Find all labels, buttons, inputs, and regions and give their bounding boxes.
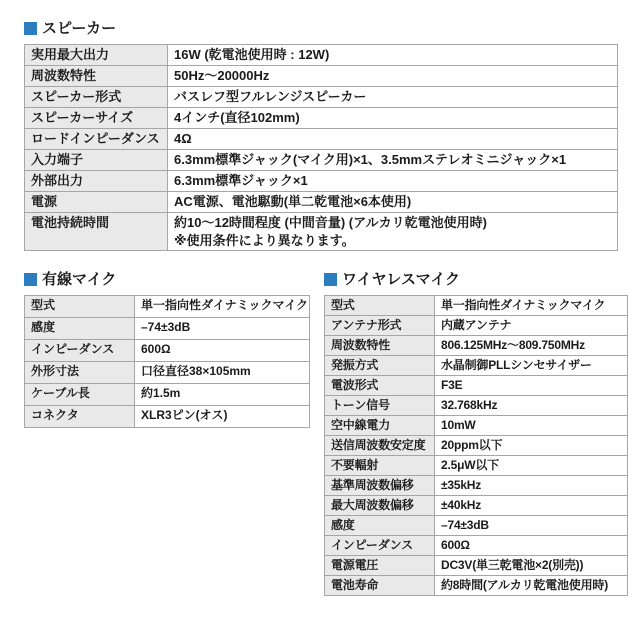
spec-label: スピーカーサイズ [25, 108, 168, 129]
spec-value: 約8時間(アルカリ乾電池使用時) [435, 576, 628, 596]
spec-row: インピーダンス600Ω [25, 340, 310, 362]
spec-value: 2.5μW以下 [435, 456, 628, 476]
spec-value: 単一指向性ダイナミックマイク [135, 296, 310, 318]
spec-label: 発振方式 [325, 356, 435, 376]
spec-label: 電池持続時間 [25, 213, 168, 251]
spec-row: 実用最大出力16W (乾電池使用時 : 12W) [25, 45, 618, 66]
spec-value: ±40kHz [435, 496, 628, 516]
spec-value: 約1.5m [135, 384, 310, 406]
spec-row: 電源AC電源、電池駆動(単二乾電池×6本使用) [25, 192, 618, 213]
spec-label: 空中線電力 [325, 416, 435, 436]
spec-label: 型式 [325, 296, 435, 316]
spec-value: F3E [435, 376, 628, 396]
spec-row: 感度–74±3dB [325, 516, 628, 536]
spec-value: 内蔵アンテナ [435, 316, 628, 336]
spec-label: 電源電圧 [325, 556, 435, 576]
spec-label: 型式 [25, 296, 135, 318]
blue-square-icon [24, 273, 37, 286]
spec-label: 感度 [325, 516, 435, 536]
spec-row: ロードインピーダンス4Ω [25, 129, 618, 150]
spec-label: 最大周波数偏移 [325, 496, 435, 516]
section-header-wireless-mic: ワイヤレスマイク [324, 271, 628, 288]
spec-value: 600Ω [135, 340, 310, 362]
spec-label: スピーカー形式 [25, 87, 168, 108]
spec-value: XLR3ピン(オス) [135, 406, 310, 428]
spec-value: DC3V(単三乾電池×2(別売)) [435, 556, 628, 576]
spec-row: 周波数特性50Hz〜20000Hz [25, 66, 618, 87]
speaker-spec-table: 実用最大出力16W (乾電池使用時 : 12W)周波数特性50Hz〜20000H… [24, 44, 618, 251]
spec-value: 単一指向性ダイナミックマイク [435, 296, 628, 316]
spec-value: バスレフ型フルレンジスピーカー [168, 87, 618, 108]
wired-mic-spec-table: 型式単一指向性ダイナミックマイク感度–74±3dBインピーダンス600Ω外形寸法… [24, 295, 310, 428]
spec-value: 水晶制御PLLシンセサイザー [435, 356, 628, 376]
spec-row: 電源電圧DC3V(単三乾電池×2(別売)) [325, 556, 628, 576]
spec-row: トーン信号32.768kHz [325, 396, 628, 416]
spec-value: 口径直径38×105mm [135, 362, 310, 384]
spec-row: スピーカー形式バスレフ型フルレンジスピーカー [25, 87, 618, 108]
spec-label: ロードインピーダンス [25, 129, 168, 150]
spec-value: –74±3dB [135, 318, 310, 340]
spec-value: 約10〜12時間程度 (中間音量) (アルカリ乾電池使用時) ※使用条件により異… [168, 213, 618, 251]
spec-row: 送信周波数安定度20ppm以下 [325, 436, 628, 456]
spec-row: 基準周波数偏移±35kHz [325, 476, 628, 496]
spec-value: 10mW [435, 416, 628, 436]
spec-value: AC電源、電池駆動(単二乾電池×6本使用) [168, 192, 618, 213]
spec-value: 6.3mm標準ジャック×1 [168, 171, 618, 192]
spec-row: 電波形式F3E [325, 376, 628, 396]
section-header-wired-mic: 有線マイク [24, 271, 310, 288]
spec-label: 周波数特性 [325, 336, 435, 356]
spec-row: ケーブル長約1.5m [25, 384, 310, 406]
spec-label: 電池寿命 [325, 576, 435, 596]
spec-label: コネクタ [25, 406, 135, 428]
spec-label: トーン信号 [325, 396, 435, 416]
wireless-mic-spec-table: 型式単一指向性ダイナミックマイクアンテナ形式内蔵アンテナ周波数特性806.125… [324, 295, 628, 596]
spec-row: 発振方式水晶制御PLLシンセサイザー [325, 356, 628, 376]
spec-value: 16W (乾電池使用時 : 12W) [168, 45, 618, 66]
spec-value: 600Ω [435, 536, 628, 556]
section-wireless-mic: ワイヤレスマイク 型式単一指向性ダイナミックマイクアンテナ形式内蔵アンテナ周波数… [324, 271, 628, 596]
section-speaker: スピーカー 実用最大出力16W (乾電池使用時 : 12W)周波数特性50Hz〜… [24, 20, 618, 251]
spec-label: 電源 [25, 192, 168, 213]
spec-value: 4Ω [168, 129, 618, 150]
spec-label: 基準周波数偏移 [325, 476, 435, 496]
spec-row: インピーダンス600Ω [325, 536, 628, 556]
spec-value: 50Hz〜20000Hz [168, 66, 618, 87]
spec-row: 不要輻射2.5μW以下 [325, 456, 628, 476]
spec-row: アンテナ形式内蔵アンテナ [325, 316, 628, 336]
blue-square-icon [24, 22, 37, 35]
spec-row: 入力端子6.3mm標準ジャック(マイク用)×1、3.5mmステレオミニジャック×… [25, 150, 618, 171]
spec-value: 4インチ(直径102mm) [168, 108, 618, 129]
spec-value: 806.125MHz〜809.750MHz [435, 336, 628, 356]
spec-label: ケーブル長 [25, 384, 135, 406]
spec-row: 型式単一指向性ダイナミックマイク [25, 296, 310, 318]
spec-row: 感度–74±3dB [25, 318, 310, 340]
spec-label: 電波形式 [325, 376, 435, 396]
spec-row: 最大周波数偏移±40kHz [325, 496, 628, 516]
spec-value: 20ppm以下 [435, 436, 628, 456]
spec-label: 外形寸法 [25, 362, 135, 384]
spec-value: –74±3dB [435, 516, 628, 536]
spec-row: 電池持続時間約10〜12時間程度 (中間音量) (アルカリ乾電池使用時) ※使用… [25, 213, 618, 251]
blue-square-icon [324, 273, 337, 286]
section-title-wired-mic: 有線マイク [42, 271, 116, 288]
spec-row: コネクタXLR3ピン(オス) [25, 406, 310, 428]
spec-row: 外部出力6.3mm標準ジャック×1 [25, 171, 618, 192]
spec-value: 32.768kHz [435, 396, 628, 416]
spec-label: 不要輻射 [325, 456, 435, 476]
spec-row: 電池寿命約8時間(アルカリ乾電池使用時) [325, 576, 628, 596]
spec-value: 6.3mm標準ジャック(マイク用)×1、3.5mmステレオミニジャック×1 [168, 150, 618, 171]
section-header-speaker: スピーカー [24, 20, 618, 37]
spec-row: 周波数特性806.125MHz〜809.750MHz [325, 336, 628, 356]
spec-label: インピーダンス [325, 536, 435, 556]
section-title-speaker: スピーカー [42, 20, 116, 37]
spec-label: 入力端子 [25, 150, 168, 171]
spec-value: ±35kHz [435, 476, 628, 496]
section-wired-mic: 有線マイク 型式単一指向性ダイナミックマイク感度–74±3dBインピーダンス60… [24, 271, 310, 428]
spec-label: 感度 [25, 318, 135, 340]
spec-row: 外形寸法口径直径38×105mm [25, 362, 310, 384]
spec-label: インピーダンス [25, 340, 135, 362]
spec-label: 実用最大出力 [25, 45, 168, 66]
spec-row: 空中線電力10mW [325, 416, 628, 436]
spec-label: 周波数特性 [25, 66, 168, 87]
spec-label: 外部出力 [25, 171, 168, 192]
spec-label: アンテナ形式 [325, 316, 435, 336]
spec-label: 送信周波数安定度 [325, 436, 435, 456]
spec-row: 型式単一指向性ダイナミックマイク [325, 296, 628, 316]
spec-row: スピーカーサイズ4インチ(直径102mm) [25, 108, 618, 129]
section-title-wireless-mic: ワイヤレスマイク [342, 271, 460, 288]
